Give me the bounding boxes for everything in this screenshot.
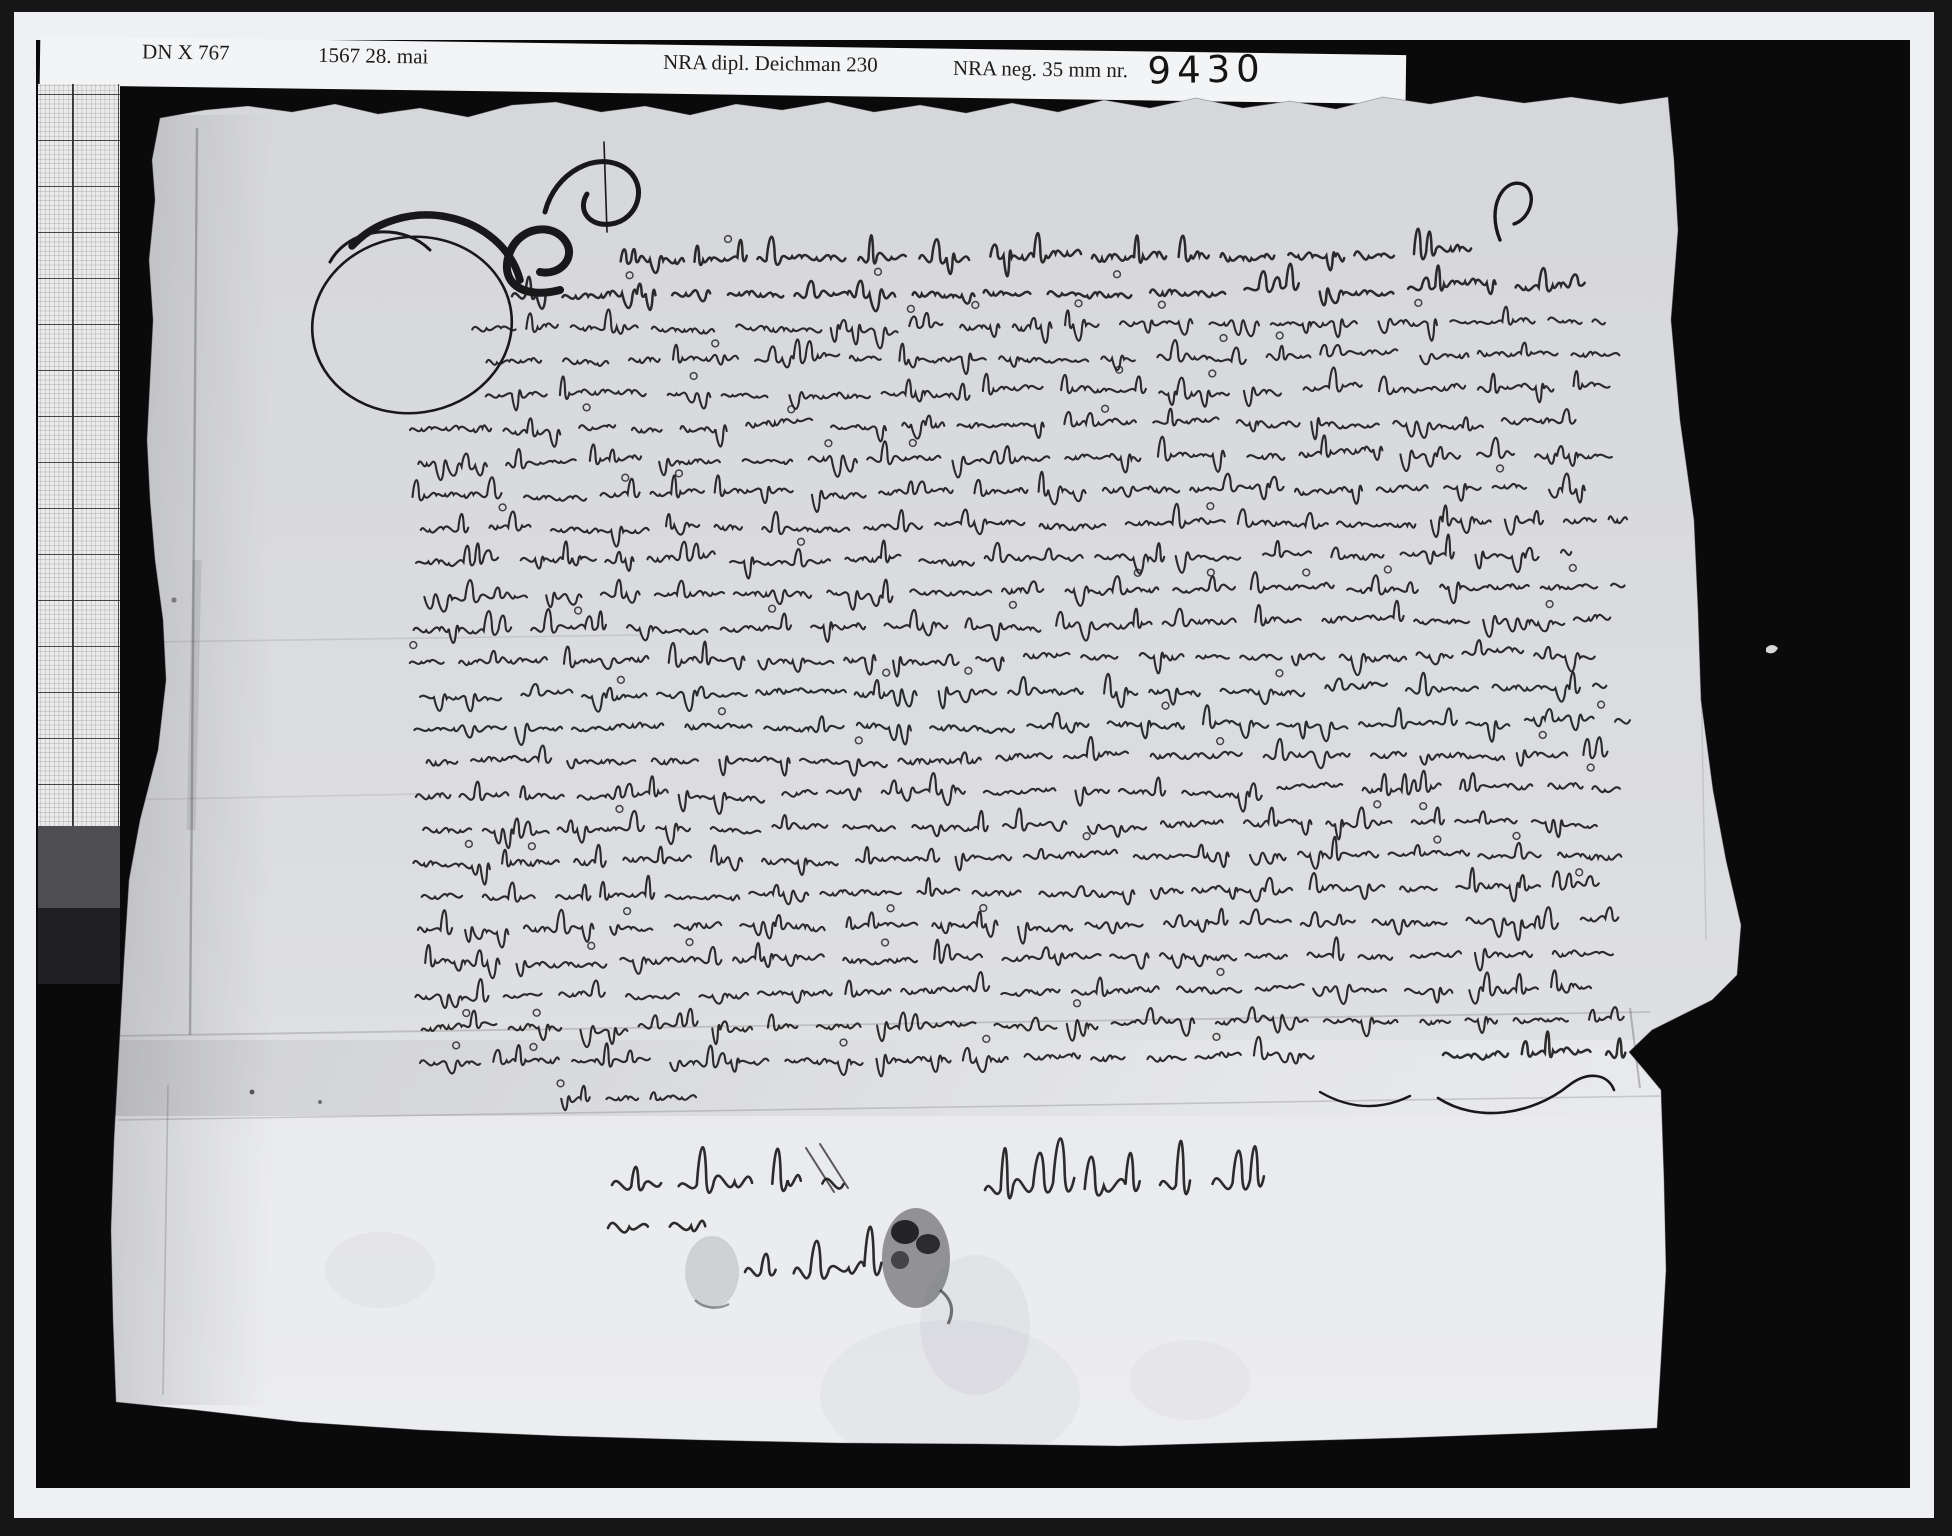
ink-speck <box>171 597 176 602</box>
faint-stain <box>1130 1340 1250 1420</box>
photo-canvas: DN X 767 1567 28. mai NRA dipl. Deichman… <box>0 0 1952 1536</box>
faint-stain <box>325 1232 435 1308</box>
date-label: 1567 28. mai <box>318 43 429 69</box>
ink-speck <box>318 1100 322 1104</box>
manuscript-sheet <box>110 90 1750 1470</box>
grid-scale-paper <box>38 84 120 826</box>
catalog-ref-label: DN X 767 <box>142 39 230 64</box>
dark-calibration-patch <box>38 908 120 984</box>
negative-number-handwritten: 9430 <box>1147 47 1266 92</box>
grid-scale-strip <box>38 84 120 984</box>
archive-ref-label: NRA dipl. Deichman 230 <box>663 50 878 77</box>
gray-calibration-patch <box>38 826 120 908</box>
archival-photo-scan: DN X 767 1567 28. mai NRA dipl. Deichman… <box>0 0 1952 1536</box>
seal-smudge-light <box>685 1236 739 1308</box>
ink-speck <box>250 1090 255 1095</box>
negative-series-label: NRA neg. 35 mm nr. <box>953 56 1128 82</box>
